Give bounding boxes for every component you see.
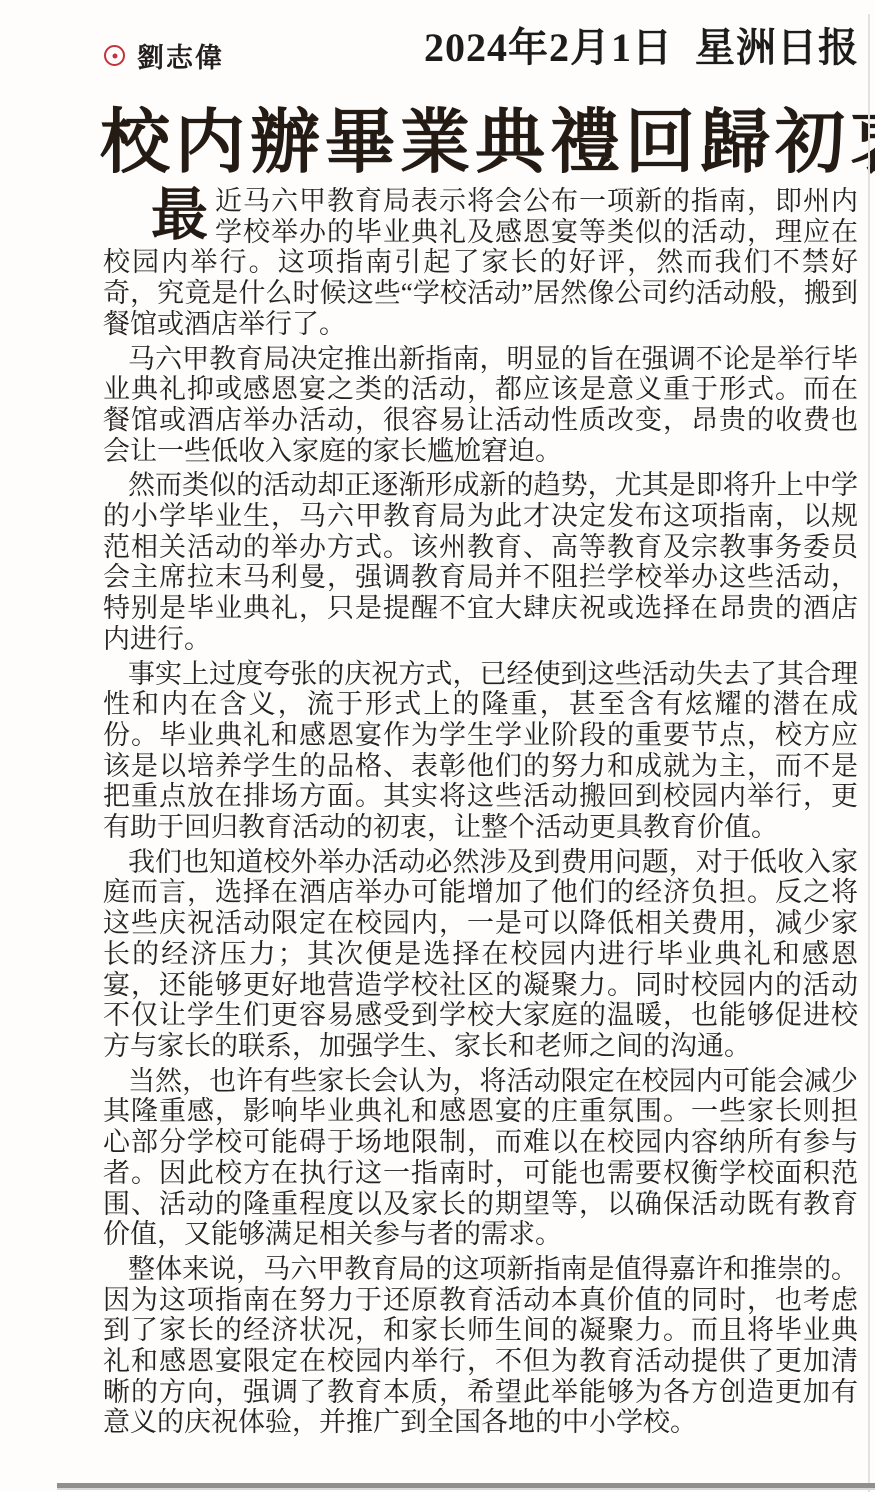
article-headline: 校内辦畢業典禮回歸初衷	[100, 86, 860, 187]
paragraph-text: 近马六甲教育局表示将会公布一项新的指南，即州内学校举办的毕业典礼及感恩宴等类似的…	[103, 186, 858, 339]
page-edge-line	[868, 14, 870, 1492]
bottom-separator-bar	[57, 1483, 875, 1490]
paragraph: 当然，也许有些家长会认为，将活动限定在校园内可能会减少其隆重感，影响毕业典礼和感…	[103, 1066, 858, 1250]
author-name: 劉志偉	[137, 36, 224, 75]
paragraph: 事实上过度夸张的庆祝方式，已经使到这些活动失去了其合理性和内在含义，流于形式上的…	[103, 659, 858, 843]
circle-dot-icon	[104, 45, 125, 66]
paragraph: 最近马六甲教育局表示将会公布一项新的指南，即州内学校举办的毕业典礼及感恩宴等类似…	[103, 186, 858, 340]
article-body: 最近马六甲教育局表示将会公布一项新的指南，即州内学校举办的毕业典礼及感恩宴等类似…	[103, 186, 858, 1442]
paragraph: 我们也知道校外举办活动必然涉及到费用问题，对于低收入家庭而言，选择在酒店举办可能…	[103, 847, 858, 1062]
paragraph: 整体来说，马六甲教育局的这项新指南是值得嘉许和推崇的。因为这项指南在努力于还原教…	[103, 1254, 858, 1438]
paragraph: 马六甲教育局决定推出新指南，明显的旨在强调不论是举行毕业典礼抑或感恩宴之类的活动…	[103, 344, 858, 467]
author-byline: 劉志偉	[104, 36, 224, 75]
dropcap: 最	[151, 187, 208, 245]
date-masthead: 2024年2月1日 星洲日报	[424, 16, 859, 73]
newspaper-article-page: 劉志偉 2024年2月1日 星洲日报 校内辦畢業典禮回歸初衷 最近马六甲教育局表…	[0, 0, 875, 1492]
paragraph: 然而类似的活动却正逐渐形成新的趋势，尤其是即将升上中学的小学毕业生，马六甲教育局…	[103, 470, 858, 654]
